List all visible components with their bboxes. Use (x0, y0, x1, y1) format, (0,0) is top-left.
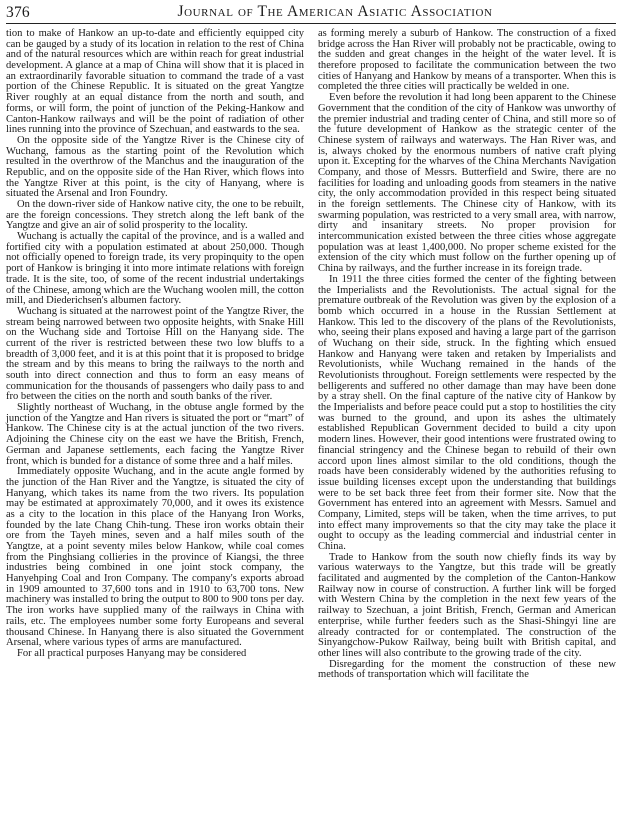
paragraph: as forming merely a suburb of Hankow. Th… (318, 29, 616, 93)
paragraph: Immediately opposite Wuchang, and in the… (6, 467, 304, 649)
paragraph: Even before the revolution it had long b… (318, 93, 616, 275)
paragraph: Slightly northeast of Wuchang, in the ob… (6, 403, 304, 467)
right-column: as forming merely a suburb of Hankow. Th… (318, 29, 616, 681)
paragraph: Disregarding for the moment the construc… (318, 660, 616, 681)
running-header: 376 Journal of The American Asiatic Asso… (6, 0, 616, 24)
journal-page: 376 Journal of The American Asiatic Asso… (0, 0, 620, 821)
paragraph: Trade to Hankow from the south now chief… (318, 553, 616, 660)
paragraph: For all practical purposes Hanyang may b… (6, 649, 304, 660)
two-column-body: tion to make of Hankow an up-to-date and… (6, 29, 616, 681)
paragraph: Wuchang is actually the capital of the p… (6, 232, 304, 307)
paragraph: tion to make of Hankow an up-to-date and… (6, 29, 304, 136)
paragraph: Wuchang is situated at the narrowest poi… (6, 307, 304, 403)
paragraph: In 1911 the three cities formed the cent… (318, 275, 616, 553)
paragraph: On the opposite side of the Yangtze Rive… (6, 136, 304, 200)
left-column: tion to make of Hankow an up-to-date and… (6, 29, 304, 681)
paragraph: On the down-river side of Hankow native … (6, 200, 304, 232)
running-title: Journal of The American Asiatic Associat… (6, 3, 616, 21)
